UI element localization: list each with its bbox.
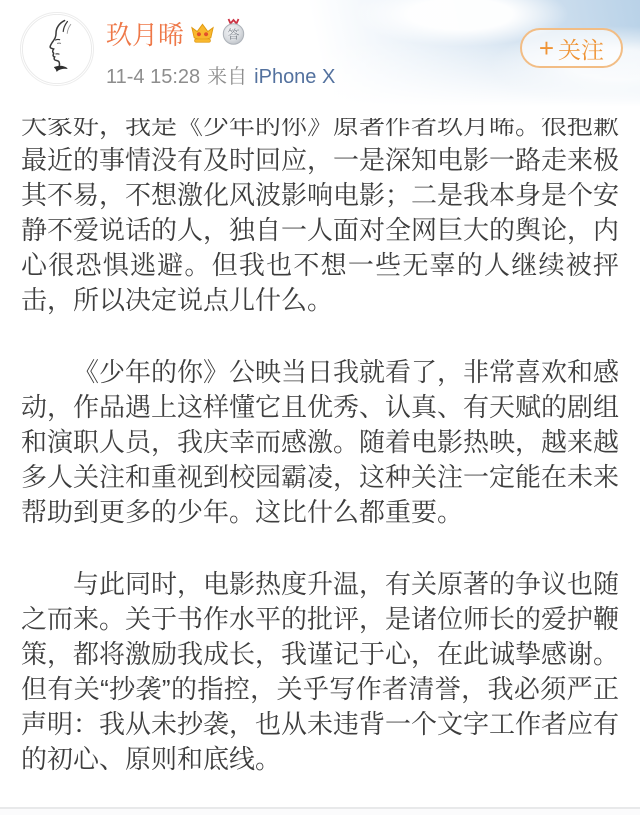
- post-meta: 11-4 15:28 来自 iPhone X: [106, 60, 335, 89]
- post-header: 玖月晞: [0, 0, 640, 100]
- username[interactable]: 玖月晞: [106, 19, 184, 51]
- card-bottom-divider: [0, 807, 640, 815]
- username-row: 玖月晞: [106, 18, 335, 51]
- post-paragraph: 大家好，我是《少年的你》原著作者玖月晞。很抱歉最近的事情没有及时回应，一是深知电…: [21, 108, 619, 318]
- plus-icon: +: [539, 35, 554, 61]
- post-paragraph: 《少年的你》公映当日我就看了，非常喜欢和感动，作品遇上这样懂它且优秀、认真、有天…: [21, 355, 619, 530]
- timestamp: 11-4 15:28: [106, 66, 200, 89]
- user-info: 玖月晞: [106, 18, 335, 89]
- source-link[interactable]: iPhone X: [254, 66, 335, 89]
- weibo-post-card: 玖月晞: [0, 0, 640, 815]
- post-body: 大家好，我是《少年的你》原著作者玖月晞。很抱歉最近的事情没有及时回应，一是深知电…: [0, 100, 640, 777]
- follow-button[interactable]: + 关注: [520, 28, 623, 68]
- follow-button-label: 关注: [558, 32, 604, 65]
- qa-medal-character: 答: [228, 28, 240, 42]
- vip-crown-icon[interactable]: [189, 20, 216, 50]
- avatar[interactable]: [20, 12, 94, 86]
- post-paragraph: 与此同时，电影热度升温，有关原著的争议也随之而来。关于书作水平的批评，是诸位师长…: [21, 567, 619, 777]
- source-prefix: 来自: [207, 60, 247, 89]
- face-profile-sketch-image: [21, 13, 93, 85]
- qa-medal-icon[interactable]: 答: [221, 18, 246, 51]
